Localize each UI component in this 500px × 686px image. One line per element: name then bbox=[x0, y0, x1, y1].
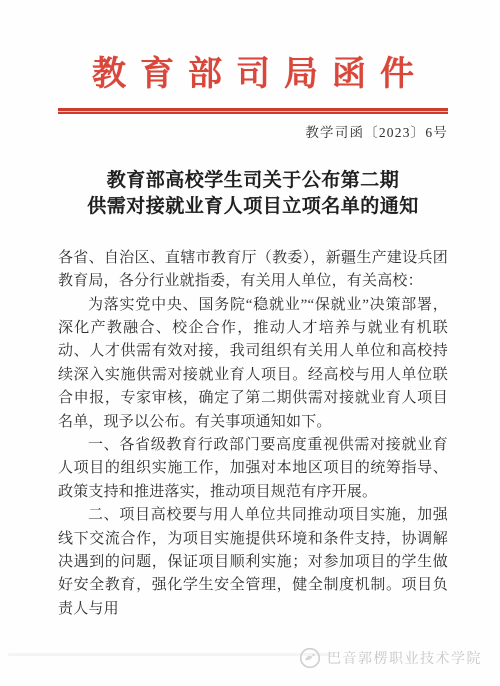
watermark-text: 巴音郭楞职业技术学院 bbox=[327, 648, 482, 668]
document-body: 各省、自治区、直辖市教育厅（教委），新疆生产建设兵团教育局，各分行业就指委，有关… bbox=[58, 247, 448, 622]
document-type-header: 教育部司局函件 bbox=[58, 46, 448, 95]
red-divider-line bbox=[58, 108, 448, 114]
body-paragraph-1: 为落实党中央、国务院“稳就业”“保就业”决策部署，深化产教融合、校企合作，推动人… bbox=[58, 294, 448, 434]
document-title: 教育部高校学生司关于公布第二期 供需对接就业育人项目立项名单的通知 bbox=[58, 168, 448, 221]
document-title-line1: 教育部高校学生司关于公布第二期 bbox=[58, 168, 448, 195]
document-number: 教学司函〔2023〕6号 bbox=[58, 121, 448, 141]
salutation: 各省、自治区、直辖市教育厅（教委），新疆生产建设兵团教育局，各分行业就指委，有关… bbox=[58, 247, 448, 294]
red-divider-thin-line bbox=[58, 112, 448, 114]
document-page: 教育部司局函件 教学司函〔2023〕6号 教育部高校学生司关于公布第二期 供需对… bbox=[0, 0, 500, 686]
document-title-line2: 供需对接就业育人项目立项名单的通知 bbox=[58, 194, 448, 221]
body-paragraph-3: 二、项目高校要与用人单位共同推动项目实施，加强线下交流合作，为项目实施提供环境和… bbox=[58, 504, 448, 621]
watermark: 巴音郭楞职业技术学院 bbox=[299, 647, 482, 669]
scan-artifact-line bbox=[8, 653, 333, 656]
body-paragraph-2: 一、各省级教育行政部门要高度重视供需对接就业育人项目的组织实施工作，加强对本地区… bbox=[58, 434, 448, 504]
document-content: 教育部司局函件 教学司函〔2023〕6号 教育部高校学生司关于公布第二期 供需对… bbox=[58, 0, 448, 621]
college-logo-icon bbox=[299, 647, 321, 669]
